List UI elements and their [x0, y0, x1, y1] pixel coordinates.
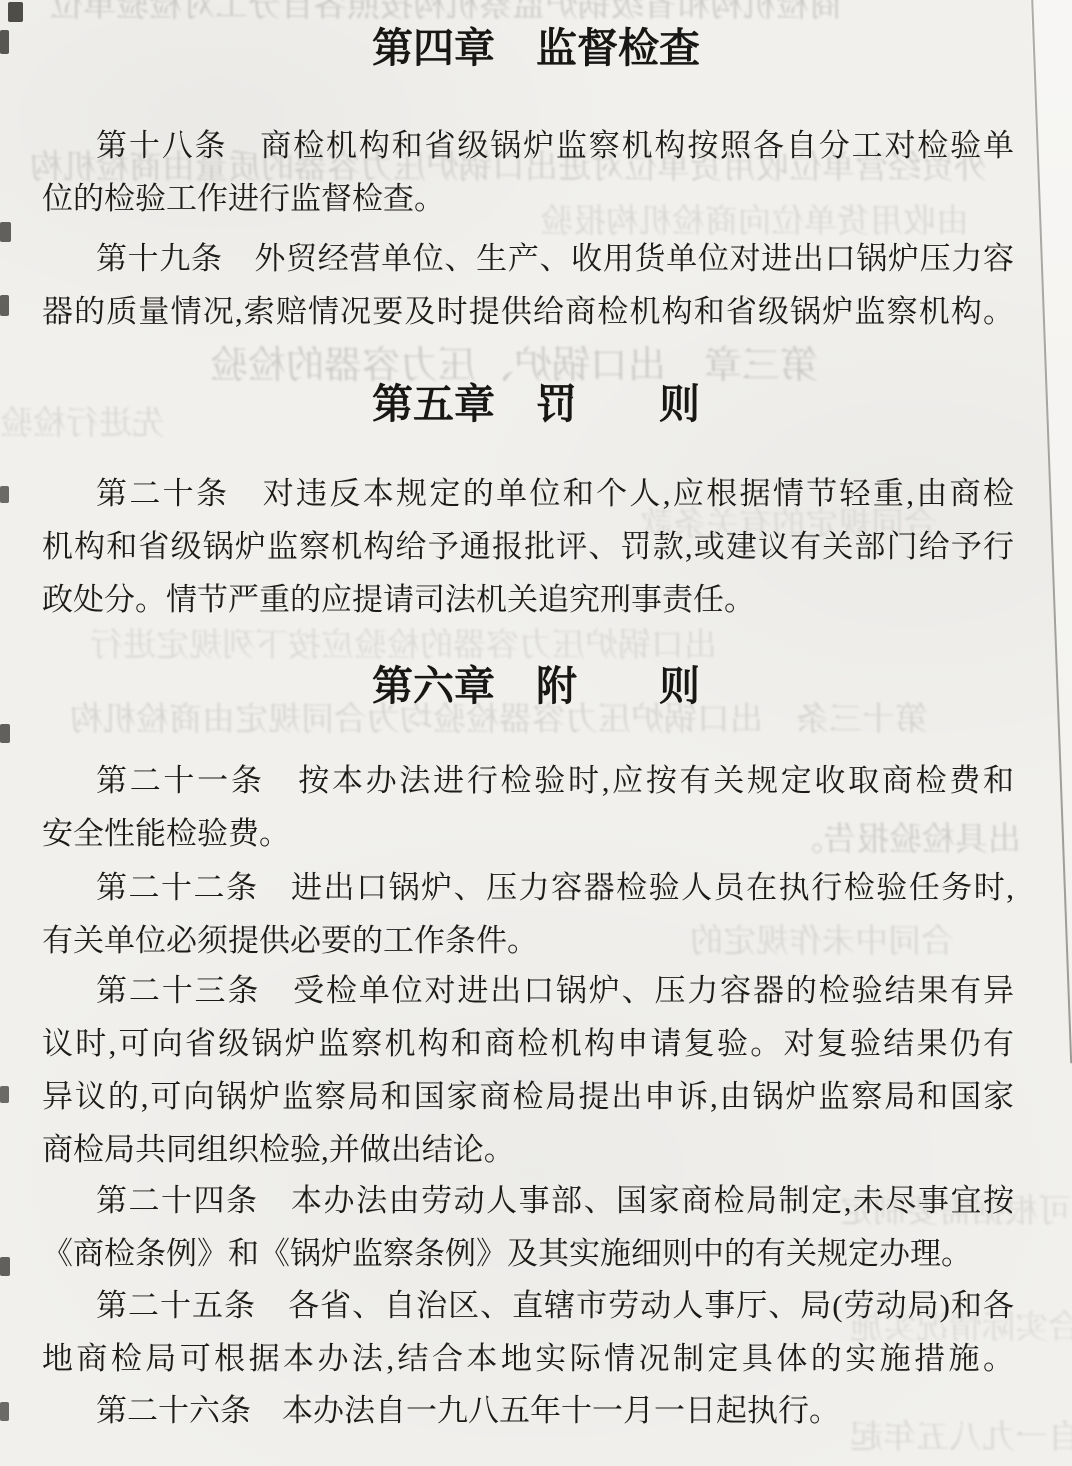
- article-line: 第二十四条 本办法由劳动人事部、国家商检局制定,未尽事宜按: [42, 1174, 1014, 1227]
- scan-artifact: [0, 295, 9, 316]
- article-26: 第二十六条 本办法自一九八五年十一月一日起执行。: [42, 1384, 1014, 1437]
- article-22: 第二十二条 进出口锅炉、压力容器检验人员在执行检验任务时, 有关单位必须提供必要…: [42, 861, 1014, 967]
- article-line: 第十八条 商检机构和省级锅炉监察机构按照各自分工对检验单: [42, 119, 1014, 172]
- article-20: 第二十条 对违反本规定的单位和个人,应根据情节轻重,由商检 机构和省级锅炉监察机…: [42, 467, 1014, 626]
- chapter-4-heading: 第四章 监督检查: [0, 22, 1072, 74]
- article-19: 第十九条 外贸经营单位、生产、收用货单位对进出口锅炉压力容 器的质量情况,索赔情…: [42, 232, 1014, 338]
- scan-artifact: [0, 1086, 9, 1103]
- article-line: 第二十三条 受检单位对进出口锅炉、压力容器的检验结果有异: [42, 964, 1014, 1017]
- chapter-6-heading: 第六章 附 则: [0, 660, 1072, 712]
- chapter-5-heading: 第五章 罚 则: [0, 378, 1072, 430]
- article-line: 第二十一条 按本办法进行检验时,应按有关规定收取商检费和: [42, 754, 1014, 807]
- article-line: 位的检验工作进行监督检查。: [42, 172, 1014, 225]
- article-line: 有关单位必须提供必要的工作条件。: [42, 914, 1014, 967]
- article-line: 政处分。情节严重的应提请司法机关追究刑事责任。: [42, 573, 1014, 626]
- article-line: 第二十条 对违反本规定的单位和个人,应根据情节轻重,由商检: [42, 467, 1014, 520]
- article-23: 第二十三条 受检单位对进出口锅炉、压力容器的检验结果有异 议时,可向省级锅炉监察…: [42, 964, 1014, 1176]
- article-21: 第二十一条 按本办法进行检验时,应按有关规定收取商检费和 安全性能检验费。: [42, 754, 1014, 860]
- article-line: 第二十二条 进出口锅炉、压力容器检验人员在执行检验任务时,: [42, 861, 1014, 914]
- article-line: 安全性能检验费。: [42, 807, 1014, 860]
- article-25: 第二十五条 各省、自治区、直辖市劳动人事厅、局(劳动局)和各 地商检局可根据本办…: [42, 1279, 1014, 1385]
- scan-artifact: [0, 486, 9, 503]
- scan-artifact: [0, 1257, 10, 1276]
- article-line: 第二十五条 各省、自治区、直辖市劳动人事厅、局(劳动局)和各: [42, 1279, 1014, 1332]
- article-line: 器的质量情况,索赔情况要及时提供给商检机构和省级锅炉监察机构。: [42, 285, 1014, 338]
- article-18: 第十八条 商检机构和省级锅炉监察机构按照各自分工对检验单 位的检验工作进行监督检…: [42, 119, 1014, 225]
- scan-artifact: [0, 1402, 9, 1421]
- article-line: 地商检局可根据本办法,结合本地实际情况制定具体的实施措施。: [42, 1332, 1014, 1385]
- article-line: 《商检条例》和《锅炉监察条例》及其实施细则中的有关规定办理。: [42, 1227, 1014, 1280]
- article-line: 商检局共同组织检验,并做出结论。: [42, 1123, 1014, 1176]
- article-line: 议时,可向省级锅炉监察机构和商检机构申请复验。对复验结果仍有: [42, 1017, 1014, 1070]
- scanned-page: 商检机构和省级锅炉监察机构按照各自分工对检验单位 外贸经营单位收用货单位对进出口…: [0, 0, 1072, 1466]
- article-line: 第二十六条 本办法自一九八五年十一月一日起执行。: [42, 1384, 1014, 1437]
- scan-artifact: [0, 222, 11, 242]
- article-24: 第二十四条 本办法由劳动人事部、国家商检局制定,未尽事宜按 《商检条例》和《锅炉…: [42, 1174, 1014, 1280]
- article-line: 机构和省级锅炉监察机构给予通报批评、罚款,或建议有关部门给予行: [42, 520, 1014, 573]
- article-line: 异议的,可向锅炉监察局和国家商检局提出申诉,由锅炉监察局和国家: [42, 1070, 1014, 1123]
- article-line: 第十九条 外贸经营单位、生产、收用货单位对进出口锅炉压力容: [42, 232, 1014, 285]
- scan-artifact: [8, 2, 23, 22]
- scan-artifact: [0, 724, 10, 743]
